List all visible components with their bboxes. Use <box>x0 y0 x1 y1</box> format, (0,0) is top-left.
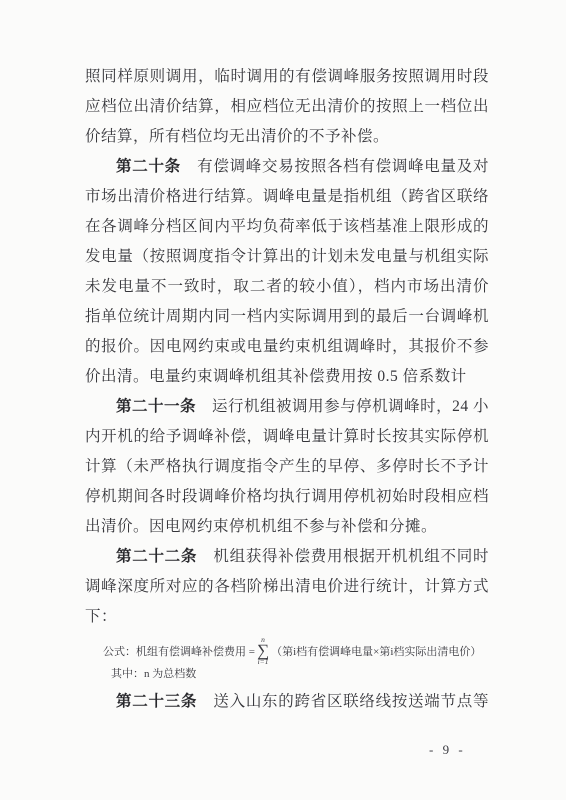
formula: 公式：机组有偿调峰补偿费用 = n ∑ i=1 （第i档有偿调峰电量×第i档实际… <box>103 636 489 666</box>
text-segment: 在各调峰分档区间内平均负荷率低于该档基准上限形成的未 <box>85 218 489 242</box>
page-number: - 9 - <box>429 742 466 758</box>
text-line: 停机期间各时段调峰价格均执行调用停机初始时段相应档位 <box>85 482 489 512</box>
text-line: 照同样原则调用，临时调用的有偿调峰服务按照调用时段相 <box>85 62 489 92</box>
text-segment: 价结算，所有档位均无出清价的不予补偿。 <box>85 128 389 145</box>
text-segment: 价出清。电量约束调峰机组其补偿费用按 0.5 倍系数计算。 <box>85 368 467 392</box>
formula-expression: （第i档有偿调峰电量×第i档实际出清电价） <box>271 643 481 659</box>
text-segment: 指单位统计周期内同一档内实际调用到的最后一台调峰机组 <box>85 308 489 332</box>
text-line: 应档位出清价结算，相应档位无出清价的按照上一档位出清 <box>85 92 489 122</box>
text-segment: 的报价。因电网约束或电量约束机组调峰时，其报价不参与电 <box>85 338 489 362</box>
text-line: 内开机的给予调峰补偿，调峰电量计算时长按其实际停机时长 <box>85 422 489 452</box>
text-line: 下： <box>85 602 489 632</box>
text-segment: 未发电量不一致时，取二者的较小值），档内市场出清价格是 <box>85 278 489 302</box>
formula-prefix: 公式：机组有偿调峰补偿费用 = <box>103 643 255 659</box>
sigma-glyph: ∑ <box>257 644 269 658</box>
text-line: 计算（未严格执行调度指令产生的早停、多停时长不予计算）， <box>85 452 489 482</box>
text-segment: 市场出清价格进行结算。调峰电量是指机组（跨省区联络线） <box>85 188 489 212</box>
text-line: 指单位统计周期内同一档内实际调用到的最后一台调峰机组 <box>85 302 489 332</box>
text-line: 未发电量不一致时，取二者的较小值），档内市场出清价格是 <box>85 272 489 302</box>
text-line: 出清价。因电网约束停机机组不参与补偿和分摊。 <box>85 512 489 542</box>
text-line: 第二十一条 运行机组被调用参与停机调峰时，24 小时 <box>85 392 489 422</box>
text-line: 第二十二条 机组获得补偿费用根据开机机组不同时段 <box>85 542 489 572</box>
article-number: 第二十三条 <box>116 693 197 710</box>
text-line: 市场出清价格进行结算。调峰电量是指机组（跨省区联络线） <box>85 182 489 212</box>
text-line: 的报价。因电网约束或电量约束机组调峰时，其报价不参与电 <box>85 332 489 362</box>
text-line: 价结算，所有档位均无出清价的不予补偿。 <box>85 122 489 152</box>
document-page: 照同样原则调用，临时调用的有偿调峰服务按照调用时段相应档位出清价结算，相应档位无… <box>0 0 566 800</box>
summation-lower-limit: i=1 <box>258 658 269 666</box>
article-number: 第二十条 <box>116 158 181 175</box>
text-line: 第二十三条 送入山东的跨省区联络线按送端节点等效 <box>85 687 489 717</box>
document-body: 照同样原则调用，临时调用的有偿调峰服务按照调用时段相应档位出清价结算，相应档位无… <box>85 62 489 717</box>
text-segment: 内开机的给予调峰补偿，调峰电量计算时长按其实际停机时长 <box>85 428 489 452</box>
text-line: 价出清。电量约束调峰机组其补偿费用按 0.5 倍系数计算。 <box>85 362 489 392</box>
article-number: 第二十二条 <box>116 548 197 565</box>
text-segment: 发电量（按照调度指令计算出的计划未发电量与机组实际运行 <box>85 248 489 272</box>
text-segment: 照同样原则调用，临时调用的有偿调峰服务按照调用时段相 <box>85 68 489 92</box>
formula-note: 其中：n 为总档数 <box>111 668 489 681</box>
text-line: 调峰深度所对应的各档阶梯出清电价进行统计，计算方式如 <box>85 572 489 602</box>
summation-symbol: n ∑ i=1 <box>257 636 269 665</box>
article-number: 第二十一条 <box>116 398 196 415</box>
text-segment: 停机期间各时段调峰价格均执行调用停机初始时段相应档位 <box>85 488 489 512</box>
lines-after-formula: 第二十三条 送入山东的跨省区联络线按送端节点等效 <box>85 687 489 717</box>
text-segment: 下： <box>85 608 117 625</box>
text-segment: 应档位出清价结算，相应档位无出清价的按照上一档位出清 <box>85 98 489 122</box>
text-line: 第二十条 有偿调峰交易按照各档有偿调峰电量及对应 <box>85 152 489 182</box>
text-line: 发电量（按照调度指令计算出的计划未发电量与机组实际运行 <box>85 242 489 272</box>
text-segment: 计算（未严格执行调度指令产生的早停、多停时长不予计算）， <box>85 458 489 482</box>
text-segment: 调峰深度所对应的各档阶梯出清电价进行统计，计算方式如 <box>85 578 489 602</box>
text-segment: 出清价。因电网约束停机机组不参与补偿和分摊。 <box>85 518 437 535</box>
text-line: 在各调峰分档区间内平均负荷率低于该档基准上限形成的未 <box>85 212 489 242</box>
lines-before-formula: 照同样原则调用，临时调用的有偿调峰服务按照调用时段相应档位出清价结算，相应档位无… <box>85 62 489 632</box>
